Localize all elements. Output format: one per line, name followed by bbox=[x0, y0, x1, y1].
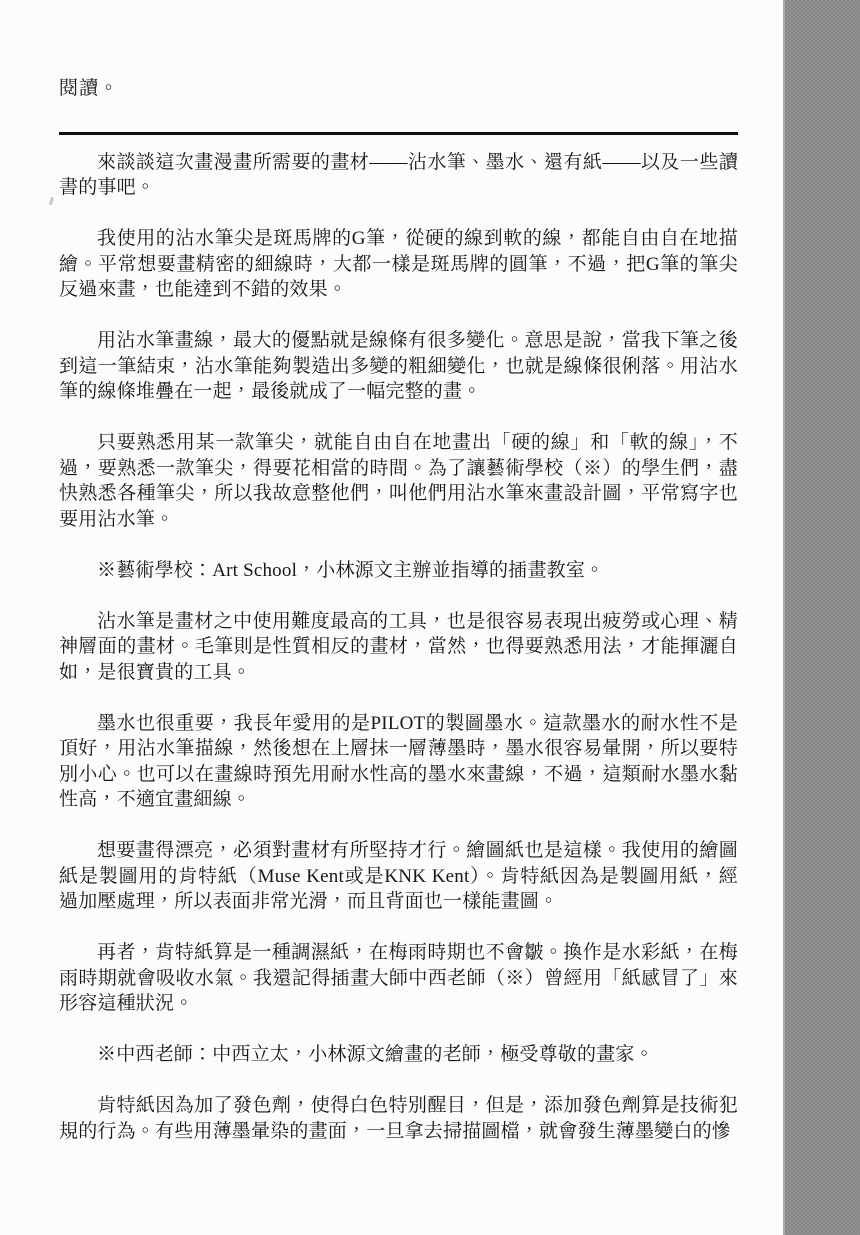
page-content: 閱讀。 來談談這次畫漫畫所需要的畫材——沾水筆、墨水、還有紙——以及一些讀書的事… bbox=[59, 76, 738, 1144]
paragraph-line-variation: 用沾水筆畫線，最大的優點就是線條有很多變化。意思是說，當我下筆之後到這一筆結束，… bbox=[59, 328, 738, 405]
section-header: 閱讀。 bbox=[59, 76, 738, 102]
paragraph-nib-practice: 只要熟悉用某一款筆尖，就能自由自在地畫出「硬的線」和「軟的線」，不過，要熟悉一款… bbox=[59, 430, 738, 532]
paragraph-kent-paper: 想要畫得漂亮，必須對畫材有所堅持才行。繪圖紙也是這樣。我使用的繪圖紙是製圖用的肯… bbox=[59, 838, 738, 915]
scan-speck-artifact bbox=[49, 197, 54, 206]
footnote-art-school: ※藝術學校：Art School，小林源文主辦並指導的插畫教室。 bbox=[59, 558, 738, 584]
paragraph-intro-materials: 來談談這次畫漫畫所需要的畫材——沾水筆、墨水、還有紙——以及一些讀書的事吧。 bbox=[59, 150, 738, 201]
footnote-nakanishi-sensei: ※中西老師：中西立太，小林源文繪畫的老師，極受尊敬的畫家。 bbox=[59, 1042, 738, 1068]
paragraph-ink-pilot: 墨水也很重要，我長年愛用的是PILOT的製圖墨水。這款墨水的耐水性不是頂好，用沾… bbox=[59, 711, 738, 813]
paragraph-paper-humidity: 再者，肯特紙算是一種調濕紙，在梅雨時期也不會皺。換作是水彩紙，在梅雨時期就會吸收… bbox=[59, 940, 738, 1017]
scanned-book-page: 閱讀。 來談談這次畫漫畫所需要的畫材——沾水筆、墨水、還有紙——以及一些讀書的事… bbox=[0, 0, 860, 1235]
scan-gutter-shadow bbox=[783, 0, 860, 1235]
body-text-column: 來談談這次畫漫畫所需要的畫材——沾水筆、墨水、還有紙——以及一些讀書的事吧。 我… bbox=[59, 150, 738, 1145]
paragraph-pen-nibs: 我使用的沾水筆尖是斑馬牌的G筆，從硬的線到軟的線，都能自由自在地描繪。平常想要畫… bbox=[59, 226, 738, 303]
paragraph-brightening-agent: 肯特紙因為加了發色劑，使得白色特別醒目，但是，添加發色劑算是技術犯規的行為。有些… bbox=[59, 1093, 738, 1144]
paragraph-pen-difficulty: 沾水筆是畫材之中使用難度最高的工具，也是很容易表現出疲勞或心理、精神層面的畫材。… bbox=[59, 609, 738, 686]
section-divider-rule bbox=[59, 132, 738, 135]
